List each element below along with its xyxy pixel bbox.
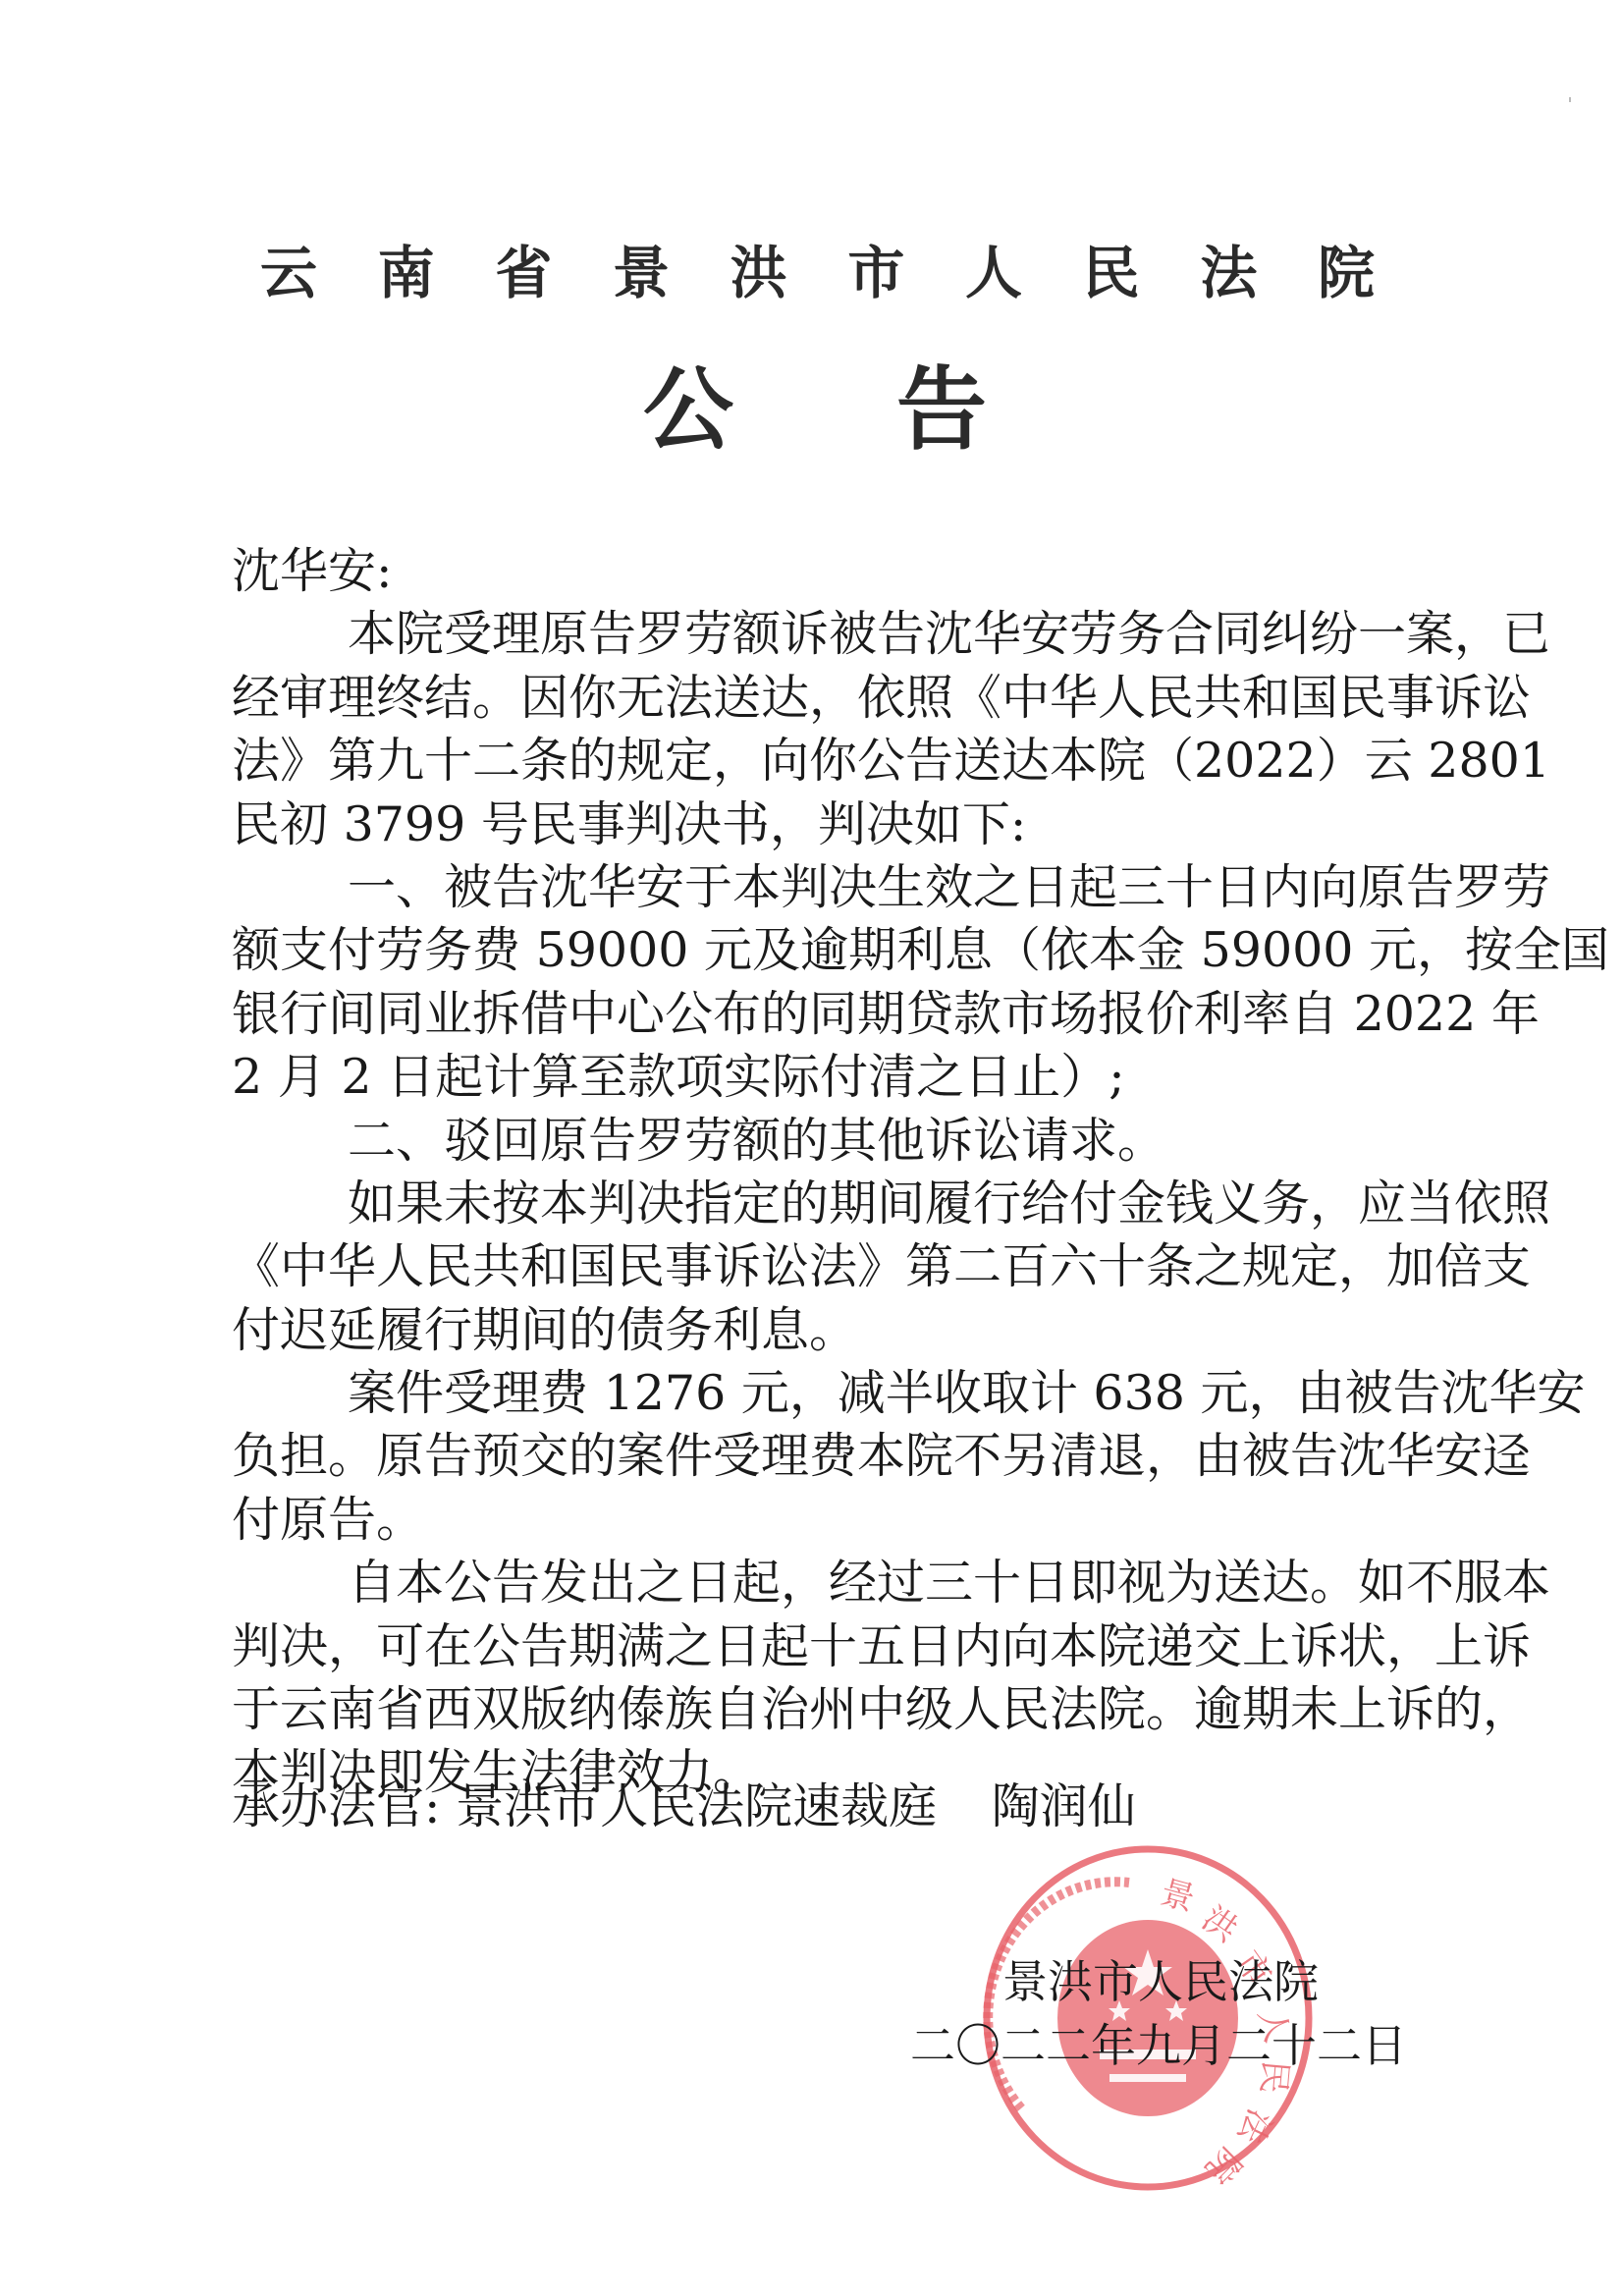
body-line: 二、驳回原告罗劳额的其他诉讼请求。 — [232, 1110, 1386, 1173]
body-line: 经审理终结。因你无法送达，依照《中华人民共和国民事诉讼 — [232, 667, 1386, 730]
svg-text:院: 院 — [1198, 2140, 1249, 2191]
presiding-judge: 承办法官: 景洪市人民法院速裁庭 陶润仙 — [232, 1777, 1136, 1836]
judge-department: 景洪市人民法院速裁庭 — [456, 1778, 937, 1834]
body-line: 法》第九十二条的规定，向你公告送达本院（2022）云 2801 — [232, 730, 1386, 793]
body-line: 于云南省西双版纳傣族自治州中级人民法院。逾期未上诉的， — [232, 1678, 1386, 1741]
judge-label: 承办法官: — [232, 1778, 441, 1834]
body-line: 额支付劳务费 59000 元及逾期利息（依本金 59000 元，按全国 — [232, 919, 1386, 982]
notice-body: 沈华安: 本院受理原告罗劳额诉被告沈华安劳务合同纠纷一案，已经审理终结。因你无法… — [232, 540, 1386, 1805]
body-line: 《中华人民共和国民事诉讼法》第二百六十条之规定，加倍支 — [232, 1235, 1386, 1298]
body-line: 自本公告发出之日起，经过三十日即视为送达。如不服本 — [232, 1552, 1386, 1614]
body-line: 民初 3799 号民事判决书，判决如下: — [232, 793, 1386, 856]
signing-court: 景洪市人民法院 — [1002, 1952, 1303, 2011]
court-name-heading: 云南省景洪市人民法院 — [260, 241, 1375, 305]
signing-date: 二〇二二年九月二十二日 — [910, 2016, 1380, 2075]
body-line: 2 月 2 日起计算至款项实际付清之日止）; — [232, 1046, 1386, 1109]
body-line: 一、被告沈华安于本判决生效之日起三十日内向原告罗劳 — [232, 856, 1386, 919]
body-line: 如果未按本判决指定的期间履行给付金钱义务，应当依照 — [232, 1173, 1386, 1235]
scan-speck — [1569, 97, 1571, 102]
document-type-heading: 公告 — [643, 361, 987, 460]
body-line: 案件受理费 1276 元，减半收取计 638 元，由被告沈华安 — [232, 1362, 1386, 1425]
svg-text:法: 法 — [1229, 2103, 1279, 2151]
svg-text:景: 景 — [1157, 1873, 1199, 1919]
body-line: 付原告。 — [232, 1489, 1386, 1552]
body-line: 判决，可在公告期满之日起十五日内向本院递交上诉状，上诉 — [232, 1615, 1386, 1678]
body-line: 本院受理原告罗劳额诉被告沈华安劳务合同纠纷一案，已 — [232, 603, 1386, 666]
body-line: 付迟延履行期间的债务利息。 — [232, 1299, 1386, 1362]
body-line: 银行间同业拆借中心公布的同期贷款市场报价利率自 2022 年 — [232, 983, 1386, 1046]
body-line: 负担。原告预交的案件受理费本院不另清退，由被告沈华安迳 — [232, 1425, 1386, 1488]
judge-name: 陶润仙 — [992, 1778, 1136, 1834]
body-paragraphs: 本院受理原告罗劳额诉被告沈华安劳务合同纠纷一案，已经审理终结。因你无法送达，依照… — [232, 603, 1386, 1804]
addressee: 沈华安: — [232, 540, 1386, 603]
